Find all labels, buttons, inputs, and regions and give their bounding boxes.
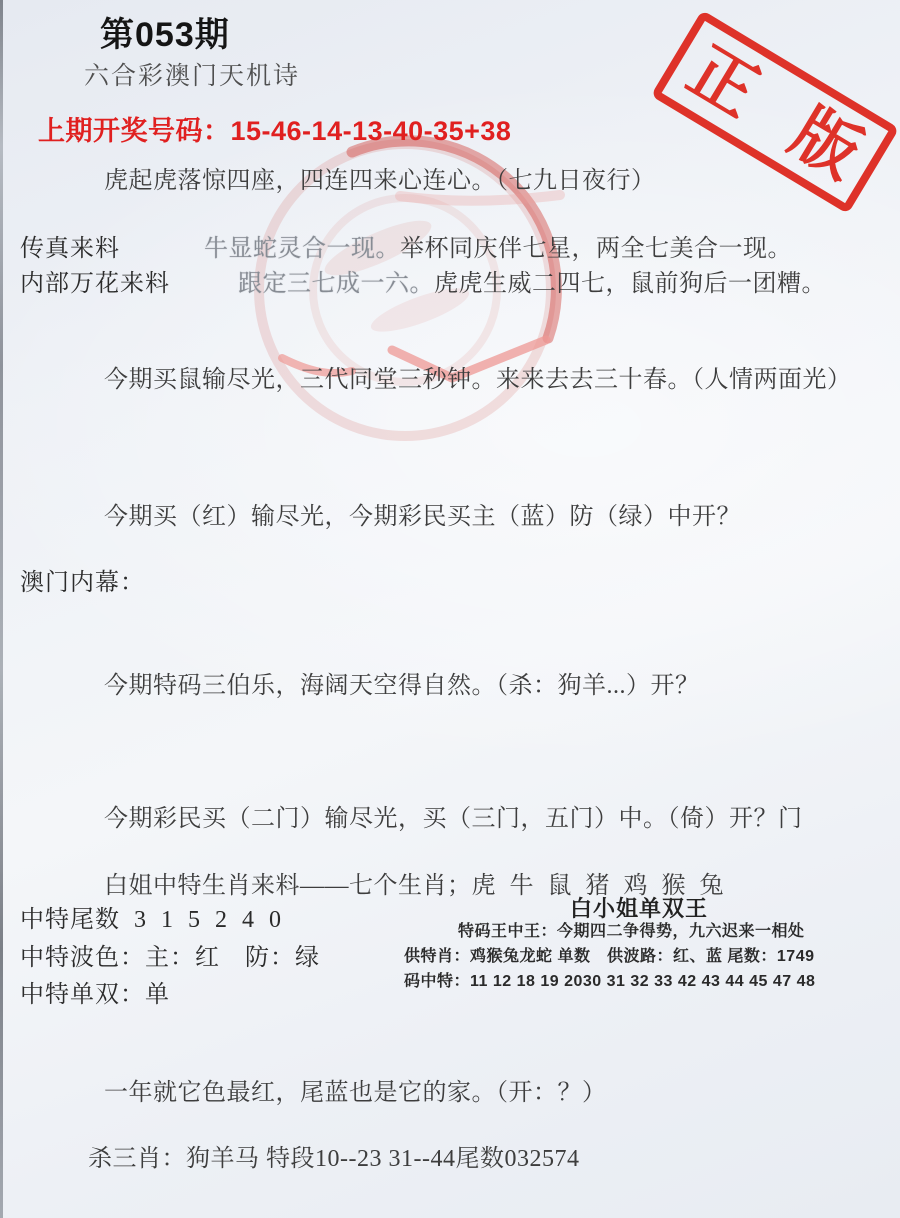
internal-text: 跟定三七成一六。虎虎生威二四七，鼠前狗后一团糟。 [238, 271, 826, 299]
internal-text-faded: 跟定三七成一六。 [238, 271, 434, 297]
doors-line: 今期彩民买（二门）输尽光，买（三门，五门）中。（倚）开？门 [104, 806, 803, 834]
stats-odd-even: 中特单双：单 [20, 982, 170, 1010]
issue-title: 第053期 [100, 16, 230, 55]
whitelady-line3: 码中特：11 12 18 19 2030 31 32 33 42 43 44 4… [404, 973, 815, 991]
last-draw-numbers: 15-46-14-13-40-35+38 [231, 116, 512, 146]
year-line: 一年就它色最红，尾蓝也是它的家。（开：？） [104, 1080, 607, 1108]
last-draw-label: 上期开奖号码： [38, 116, 231, 146]
fax-text: 牛显蛇灵合一现。举杯同庆伴七星，两全七美合一现。 [204, 236, 792, 264]
fax-text-faded: 牛显蛇灵合一现。 [204, 236, 400, 262]
whitelady-line1: 特码王中王：今期四二争得势，九六迟来一相处 [458, 923, 805, 941]
fax-label: 传真来料 [20, 236, 120, 264]
scan-left-edge [0, 0, 3, 1218]
rat-line: 今期买鼠输尽光，三代同堂三秒钟。来来去去三十春。（人情两面光） [104, 367, 852, 395]
whitelady-title: 白小姐单双王 [570, 896, 708, 921]
stats-wave: 中特波色：主：红 防：绿 [20, 945, 320, 973]
last-draw-line: 上期开奖号码：15-46-14-13-40-35+38 [38, 116, 511, 147]
fax-text-rest: 举杯同庆伴七星，两全七美合一现。 [400, 236, 792, 262]
color-line: 今期买（红）输尽光，今期彩民买主（蓝）防（绿）中开？ [104, 504, 741, 532]
stats-tail: 中特尾数 3 1 5 2 4 0 [20, 907, 282, 935]
stamp-char-zheng: 正 [678, 36, 769, 127]
tip-sheet-page: 第053期 六合彩澳门天机诗 上期开奖号码：15-46-14-13-40-35+… [0, 0, 900, 1218]
special-line: 今期特码三伯乐，海阔天空得自然。（杀：狗羊...）开？ [104, 673, 700, 701]
internal-text-rest: 虎虎生威二四七，鼠前狗后一团糟。 [434, 271, 826, 297]
kill-line: 杀三肖：狗羊马 特段10--23 31--44尾数032574 [88, 1146, 579, 1174]
poem-line-1: 虎起虎落惊四座，四连四来心连心。（七九日夜行） [104, 168, 656, 196]
macau-label: 澳门内幕： [20, 570, 145, 598]
internal-label: 内部万花来料 [20, 271, 170, 299]
page-subtitle: 六合彩澳门天机诗 [84, 63, 300, 92]
stamp-char-ban: 版 [781, 98, 872, 189]
whitelady-line2: 供特肖：鸡猴兔龙蛇 单数 供波路：红、蓝 尾数：1749 [404, 948, 815, 966]
genuine-stamp: 正 版 [651, 10, 900, 214]
